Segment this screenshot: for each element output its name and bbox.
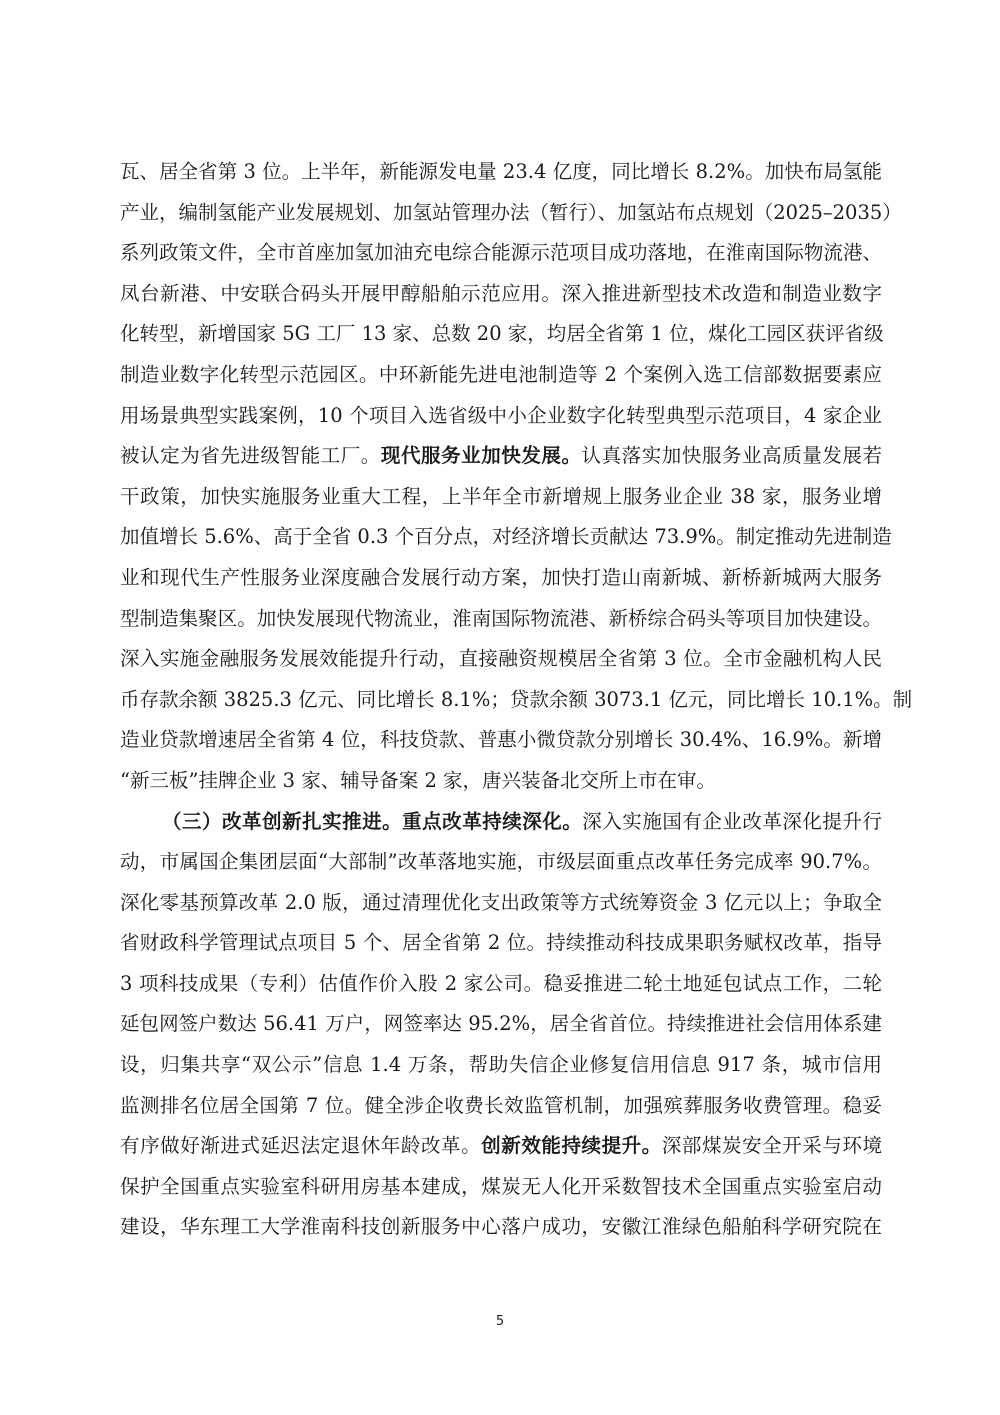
text-line: （三）改革创新扎实推进。重点改革持续深化。深入实施国有企业改革深化提升行 <box>120 802 882 843</box>
body-text: 省财政科学管理试点项目 5 个、居全省第 2 位。持续推动科技成果职务赋权改革，… <box>120 931 882 954</box>
text-line: 干政策，加快实施服务业重大工程，上半年全市新增规上服务业企业 38 家，服务业增 <box>120 477 882 518</box>
text-line: 化转型，新增国家 5G 工厂 13 家、总数 20 家，均居全省第 1 位，煤化… <box>120 314 882 355</box>
body-text: 深化零基预算改革 2.0 版，通过清理优化支出政策等方式统筹资金 3 亿元以上；… <box>120 891 882 914</box>
text-line: 币存款余额 3825.3 亿元、同比增长 8.1%；贷款余额 3073.1 亿元… <box>120 680 882 721</box>
text-line: 建设，华东理工大学淮南科技创新服务中心落户成功，安徽江淮绿色船舶科学研究院在 <box>120 1207 882 1248</box>
body-text: 产业，编制氢能产业发展规划、加氢站管理办法（暂行）、加氢站布点规划（2025–2… <box>120 201 902 224</box>
text-line: 保护全国重点实验室科研用房基本建成，煤炭无人化开采数智技术全国重点实验室启动 <box>120 1167 882 1208</box>
text-line: 业和现代生产性服务业深度融合发展行动方案，加快打造山南新城、新桥新城两大服务 <box>120 558 882 599</box>
text-line: 产业，编制氢能产业发展规划、加氢站管理办法（暂行）、加氢站布点规划（2025–2… <box>120 193 882 234</box>
text-line: 延包网签户数达 56.41 万户，网签率达 95.2%，居全省首位。持续推进社会… <box>120 1004 882 1045</box>
text-line: 3 项科技成果（专利）估值作价入股 2 家公司。稳妥推进二轮土地延包试点工作，二… <box>120 964 882 1005</box>
body-text: 监测排名位居全国第 7 位。健全涉企收费长效监管机制，加强殡葬服务收费管理。稳妥 <box>120 1094 882 1117</box>
text-line: 被认定为省先进级智能工厂。现代服务业加快发展。认真落实加快服务业高质量发展若 <box>120 436 882 477</box>
bold-heading-text: 现代服务业加快发展。 <box>381 444 582 467</box>
text-line: 省财政科学管理试点项目 5 个、居全省第 2 位。持续推动科技成果职务赋权改革，… <box>120 923 882 964</box>
body-text: 系列政策文件，全市首座加氢加油充电综合能源示范项目成功落地，在淮南国际物流港、 <box>120 241 882 264</box>
text-line: 型制造集聚区。加快发展现代物流业，淮南国际物流港、新桥综合码头等项目加快建设。 <box>120 599 882 640</box>
body-text: 瓦、居全省第 3 位。上半年，新能源发电量 23.4 亿度，同比增长 8.2%。… <box>120 160 882 183</box>
body-text: 保护全国重点实验室科研用房基本建成，煤炭无人化开采数智技术全国重点实验室启动 <box>120 1175 882 1198</box>
text-line: 有序做好渐进式延迟法定退休年龄改革。创新效能持续提升。深部煤炭安全开采与环境 <box>120 1126 882 1167</box>
text-line: 加值增长 5.6%、高于全省 0.3 个百分点，对经济增长贡献达 73.9%。制… <box>120 517 882 558</box>
text-line: 瓦、居全省第 3 位。上半年，新能源发电量 23.4 亿度，同比增长 8.2%。… <box>120 152 882 193</box>
body-text: 深入实施金融服务发展效能提升行动，直接融资规模居全省第 3 位。全市金融机构人民 <box>120 647 882 670</box>
body-text: 币存款余额 3825.3 亿元、同比增长 8.1%；贷款余额 3073.1 亿元… <box>120 688 912 711</box>
body-text: 有序做好渐进式延迟法定退休年龄改革。 <box>120 1134 481 1157</box>
body-text: 造业贷款增速居全省第 4 位，科技贷款、普惠小微贷款分别增长 30.4%、16.… <box>120 728 882 751</box>
body-text: 加值增长 5.6%、高于全省 0.3 个百分点，对经济增长贡献达 73.9%。制… <box>120 525 892 548</box>
bold-heading-text: （三）改革创新扎实推进。 <box>162 810 402 833</box>
body-text: 用场景典型实践案例，10 个项目入选省级中小企业数字化转型典型示范项目，4 家企… <box>120 404 882 427</box>
text-line: 系列政策文件，全市首座加氢加油充电综合能源示范项目成功落地，在淮南国际物流港、 <box>120 233 882 274</box>
body-text: 业和现代生产性服务业深度融合发展行动方案，加快打造山南新城、新桥新城两大服务 <box>120 566 882 589</box>
text-line: 凤台新港、中安联合码头开展甲醇船舶示范应用。深入推进新型技术改造和制造业数字 <box>120 274 882 315</box>
body-text: 认真落实加快服务业高质量发展若 <box>582 444 882 467</box>
body-text: 深部煤炭安全开采与环境 <box>662 1134 882 1157</box>
body-text: 被认定为省先进级智能工厂。 <box>120 444 381 467</box>
bold-heading-text: 重点改革持续深化。 <box>402 810 582 833</box>
body-text: 3 项科技成果（专利）估值作价入股 2 家公司。稳妥推进二轮土地延包试点工作，二… <box>120 972 882 995</box>
text-line: 用场景典型实践案例，10 个项目入选省级中小企业数字化转型典型示范项目，4 家企… <box>120 396 882 437</box>
body-text: 凤台新港、中安联合码头开展甲醇船舶示范应用。深入推进新型技术改造和制造业数字 <box>120 282 882 305</box>
body-text: 建设，华东理工大学淮南科技创新服务中心落户成功，安徽江淮绿色船舶科学研究院在 <box>120 1215 882 1238</box>
bold-heading-text: 创新效能持续提升。 <box>481 1134 662 1157</box>
text-line: 设，归集共享“双公示”信息 1.4 万条，帮助失信企业修复信用信息 917 条，… <box>120 1045 882 1086</box>
text-line: 深入实施金融服务发展效能提升行动，直接融资规模居全省第 3 位。全市金融机构人民 <box>120 639 882 680</box>
body-text: “新三板”挂牌企业 3 家、辅导备案 2 家，唐兴装备北交所上市在审。 <box>120 769 716 792</box>
text-line: 制造业数字化转型示范园区。中环新能先进电池制造等 2 个案例入选工信部数据要素应 <box>120 355 882 396</box>
body-text: 制造业数字化转型示范园区。中环新能先进电池制造等 2 个案例入选工信部数据要素应 <box>120 363 882 386</box>
text-line: 动，市属国企集团层面“大部制”改革落地实施，市级层面重点改革任务完成率 90.7… <box>120 842 882 883</box>
page-number: 5 <box>0 1314 1000 1329</box>
body-text: 设，归集共享“双公示”信息 1.4 万条，帮助失信企业修复信用信息 917 条，… <box>120 1053 882 1076</box>
document-body: 瓦、居全省第 3 位。上半年，新能源发电量 23.4 亿度，同比增长 8.2%。… <box>120 152 882 1248</box>
body-text: 延包网签户数达 56.41 万户，网签率达 95.2%，居全省首位。持续推进社会… <box>120 1012 882 1035</box>
text-line: 深化零基预算改革 2.0 版，通过清理优化支出政策等方式统筹资金 3 亿元以上；… <box>120 883 882 924</box>
body-text: 干政策，加快实施服务业重大工程，上半年全市新增规上服务业企业 38 家，服务业增 <box>120 485 882 508</box>
body-text: 型制造集聚区。加快发展现代物流业，淮南国际物流港、新桥综合码头等项目加快建设。 <box>120 607 882 630</box>
text-line: “新三板”挂牌企业 3 家、辅导备案 2 家，唐兴装备北交所上市在审。 <box>120 761 882 802</box>
body-text: 化转型，新增国家 5G 工厂 13 家、总数 20 家，均居全省第 1 位，煤化… <box>120 322 884 345</box>
text-line: 监测排名位居全国第 7 位。健全涉企收费长效监管机制，加强殡葬服务收费管理。稳妥 <box>120 1086 882 1127</box>
text-line: 造业贷款增速居全省第 4 位，科技贷款、普惠小微贷款分别增长 30.4%、16.… <box>120 720 882 761</box>
body-text: 动，市属国企集团层面“大部制”改革落地实施，市级层面重点改革任务完成率 90.7… <box>120 850 882 873</box>
body-text: 深入实施国有企业改革深化提升行 <box>582 810 882 833</box>
paragraph-reform-innovation: （三）改革创新扎实推进。重点改革持续深化。深入实施国有企业改革深化提升行动，市属… <box>120 802 882 1249</box>
paragraph-services: 瓦、居全省第 3 位。上半年，新能源发电量 23.4 亿度，同比增长 8.2%。… <box>120 152 882 802</box>
